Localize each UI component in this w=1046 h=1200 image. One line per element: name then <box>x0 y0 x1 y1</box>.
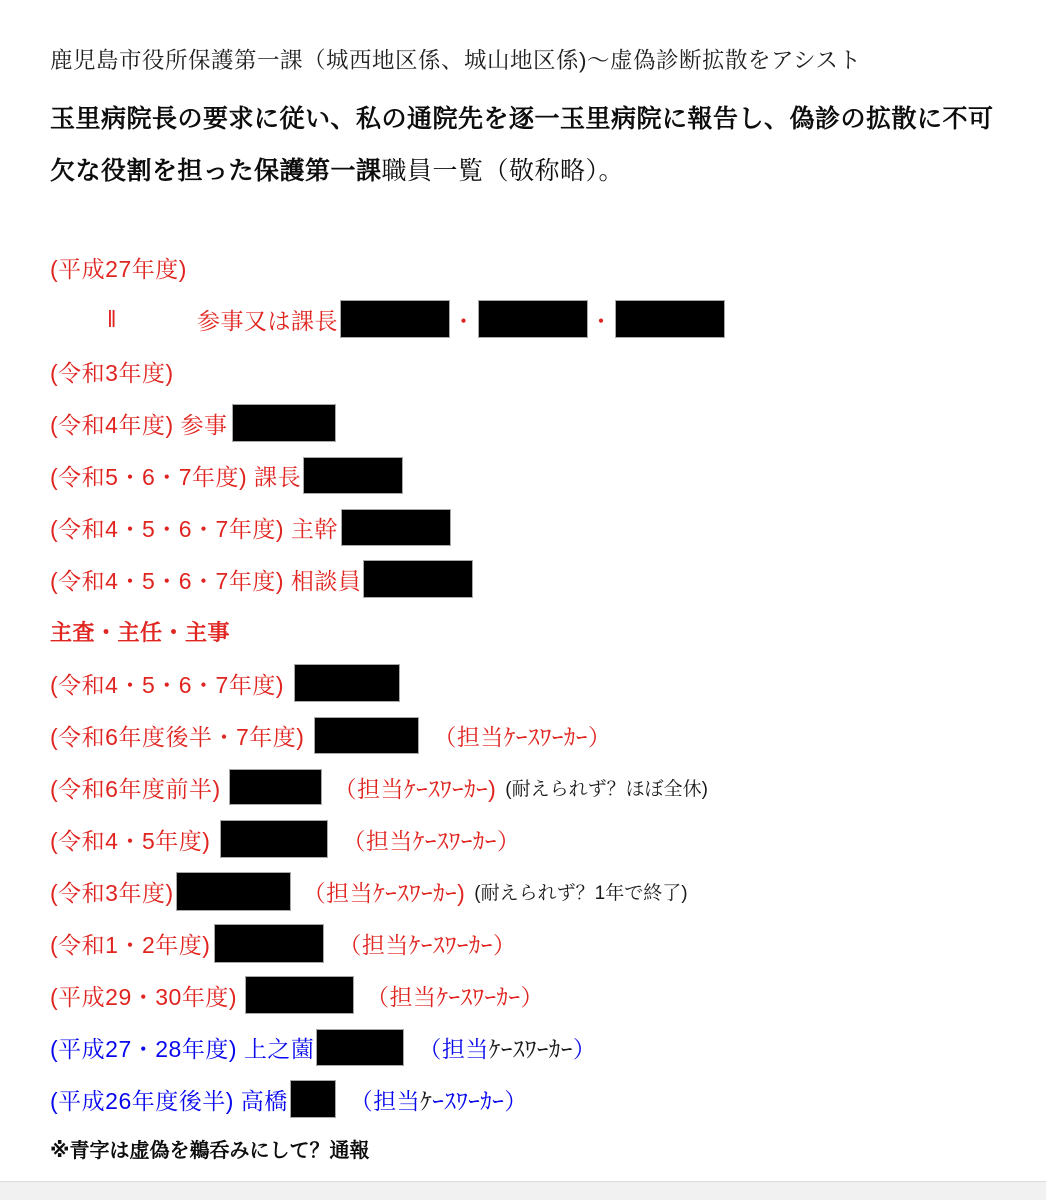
redaction-box <box>615 300 725 338</box>
redaction-box <box>220 820 328 858</box>
footnote: ※青字は虚偽を鵜呑みにして？通報 <box>50 1134 1010 1163</box>
redaction-box <box>229 769 322 805</box>
roster-row: (令和4・5・6・7年度) 主幹 <box>50 501 1010 553</box>
row-text: (平成29・30年度) <box>50 979 237 1012</box>
row-text: (令和4・5年度) <box>50 823 210 856</box>
roster-row: (平成29・30年度)（担当ｹｰｽﾜｰｶｰ） <box>50 969 1010 1021</box>
row-text: (令和4・5・6・7年度) 相談員 <box>50 563 361 596</box>
row-text: ｹｰｽﾜｰｶｰ <box>489 1031 573 1064</box>
row-text: 主査・主任・主事 <box>50 616 230 647</box>
row-text: (令和3年度) <box>50 355 174 388</box>
row-text: (令和4・5・6・7年度) <box>50 667 284 700</box>
roster-row: (平成27・28年度) 上之薗（担当ｹｰｽﾜｰｶｰ） <box>50 1021 1010 1073</box>
roster-row: (令和4・5・6・7年度) 相談員 <box>50 553 1010 605</box>
redaction-box <box>314 717 419 754</box>
row-text: (令和4・5・6・7年度) 主幹 <box>50 511 338 544</box>
intro-regular-text: 職員一覧（敬称略）。 <box>382 157 625 185</box>
row-text: ‖ <box>107 306 117 333</box>
roster-row: 主査・主任・主事 <box>50 605 1010 657</box>
row-text: 参事又は課長 <box>197 303 338 336</box>
intro-paragraph: 玉里病院長の要求に従い、私の通院先を逐一玉里病院に報告し、偽診の拡散に不可欠な役… <box>50 93 1010 197</box>
document-page: 鹿児島市役所保護第一課（城西地区係、城山地区係)〜虚偽診断拡散をアシスト 玉里病… <box>0 0 1046 1200</box>
row-text: ｹ <box>420 1083 432 1116</box>
redaction-box <box>316 1029 404 1066</box>
bottom-divider <box>0 1181 1046 1200</box>
row-text: (平成27・28年度) 上之薗 <box>50 1031 314 1064</box>
row-text: （担当ｹｰｽﾜｰｶｰ） <box>366 979 544 1012</box>
roster-row: (令和4・5・6・7年度) <box>50 657 1010 709</box>
redaction-box <box>303 457 403 494</box>
row-text: ｰｽﾜｰｶｰ） <box>432 1083 528 1116</box>
redaction-box <box>363 560 473 598</box>
row-text: （担当ｹｰｽﾜｰｶｰ） <box>338 927 516 960</box>
roster-row: (令和1・2年度)（担当ｹｰｽﾜｰｶｰ） <box>50 917 1010 969</box>
redaction-box <box>341 509 451 546</box>
roster-row: ‖参事又は課長・・ <box>50 293 1010 345</box>
redaction-box <box>214 924 324 963</box>
row-text: （担当ｹｰｽﾜｰｶｰ) <box>303 875 466 908</box>
row-text: (令和4年度) 参事 <box>50 407 228 440</box>
redaction-box <box>340 300 450 338</box>
redaction-box <box>290 1080 336 1118</box>
row-text: (平成27年度) <box>50 251 187 284</box>
row-text: (令和6年度前半) <box>50 771 221 804</box>
row-text: ） <box>573 1031 597 1064</box>
redaction-box <box>294 664 400 702</box>
roster-row: (令和4・5年度)（担当ｹｰｽﾜｰｶｰ） <box>50 813 1010 865</box>
row-text: (令和3年度) <box>50 875 174 908</box>
roster-row: (令和3年度) <box>50 345 1010 397</box>
redaction-box <box>245 976 354 1014</box>
roster-row: (平成26年度後半) 高橋（担当ｹｰｽﾜｰｶｰ） <box>50 1073 1010 1125</box>
roster-row: (令和6年度前半)（担当ｹｰｽﾜｰｶｰ)(耐えられず？ほぼ全休) <box>50 761 1010 813</box>
redaction-box <box>478 300 588 338</box>
document-content: 鹿児島市役所保護第一課（城西地区係、城山地区係)〜虚偽診断拡散をアシスト 玉里病… <box>0 0 1046 1163</box>
row-text: ・ <box>452 303 476 336</box>
page-title: 鹿児島市役所保護第一課（城西地区係、城山地区係)〜虚偽診断拡散をアシスト <box>50 46 1010 76</box>
annotation-text: (耐えられず？ほぼ全休) <box>505 774 708 801</box>
row-text: （担当 <box>418 1031 489 1064</box>
roster-row: (平成27年度) <box>50 241 1010 293</box>
row-text: (令和6年度後半・7年度) <box>50 719 304 752</box>
redaction-box <box>232 404 336 442</box>
row-text: ・ <box>590 303 614 336</box>
row-text: (令和5・6・7年度) 課長 <box>50 459 301 492</box>
annotation-text: (耐えられず？1年で終了) <box>474 878 687 905</box>
row-text: (平成26年度後半) 高橋 <box>50 1083 288 1116</box>
roster-row: (令和3年度)（担当ｹｰｽﾜｰｶｰ)(耐えられず？1年で終了) <box>50 865 1010 917</box>
row-text: (令和1・2年度) <box>50 927 210 960</box>
roster: (平成27年度)‖参事又は課長・・(令和3年度)(令和4年度) 参事(令和5・6… <box>50 241 1010 1125</box>
roster-row: (令和5・6・7年度) 課長 <box>50 449 1010 501</box>
redaction-box <box>176 872 291 911</box>
row-text: （担当ｹｰｽﾜｰｶｰ） <box>433 719 611 752</box>
row-text: （担当ｹｰｽﾜｰｶｰ） <box>342 823 520 856</box>
roster-row: (令和6年度後半・7年度)（担当ｹｰｽﾜｰｶｰ） <box>50 709 1010 761</box>
row-text: （担当ｹｰｽﾜｰｶｰ) <box>334 771 497 804</box>
roster-row: (令和4年度) 参事 <box>50 397 1010 449</box>
row-text: （担当 <box>350 1083 421 1116</box>
